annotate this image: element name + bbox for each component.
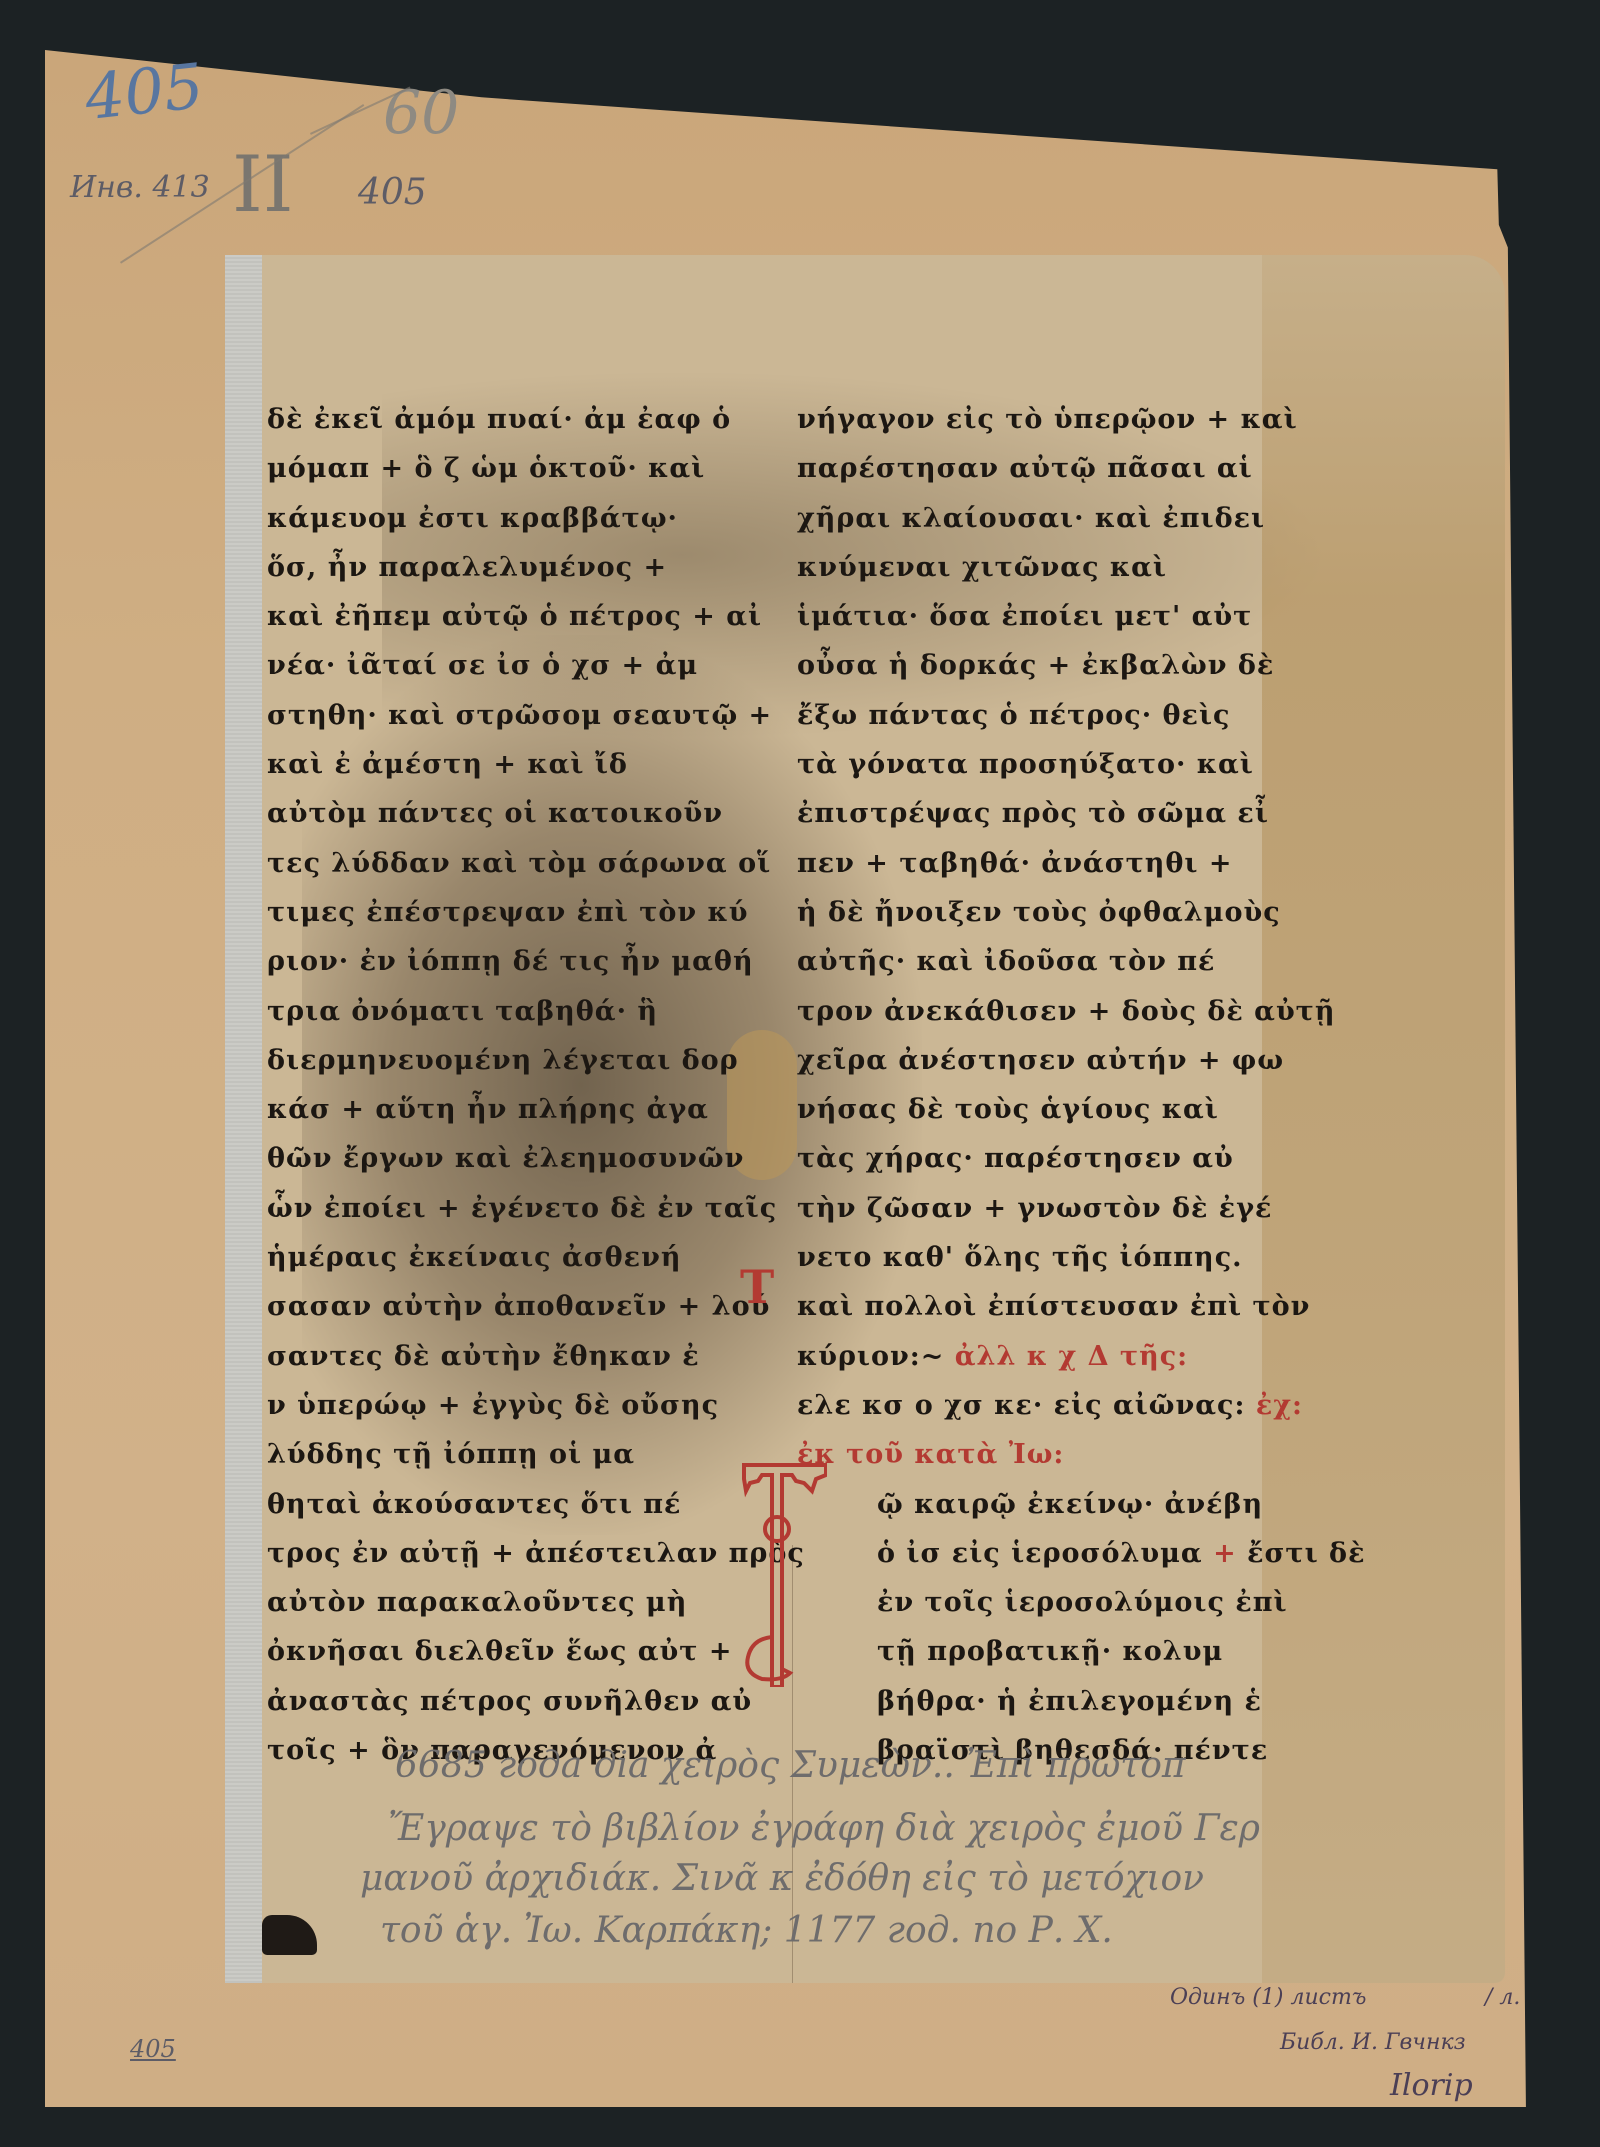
text-line: σαντες δὲ αὐτὴν ἔθηκαν ἐ [267, 1332, 787, 1381]
text-line: οὖσα ἡ δορκάς + ἐκβαλὼν δὲ [797, 641, 1317, 690]
text-line: ὅσ, ἦν παραλελυμένος + [267, 543, 787, 592]
text-line: δὲ ἐκεῖ ἀμόμ πυαί· ἀμ ἐαφ ὁ [267, 395, 787, 444]
text-line: νήγαγον εἰς τὸ ὑπερῷον + καὶ [797, 395, 1317, 444]
text-line: τὴν ζῶσαν + γνωστὸν δὲ ἐγέ [797, 1184, 1317, 1233]
text-line: τρια ὀνόματι ταβηθά· ἣ [267, 987, 787, 1036]
text-line: τρος ἐν αὐτῇ + ἀπέστειλαν πρὸς [267, 1529, 787, 1578]
text-line: ἐν τοῖς ἱεροσολύμοις ἐπὶ [797, 1578, 1317, 1627]
text-line: τῇ προβατικῇ· κολυμ [797, 1627, 1317, 1676]
text-line: νετο καθ' ὅλης τῆς ἰόππης. [797, 1233, 1317, 1282]
pencil-note-line: 6685 года дiа χειρὸς Συμεὼν.. Ἐπὶ πρωτοπ [395, 1745, 1186, 1786]
ink-smudge [262, 1915, 317, 1955]
text-line: χῆραι κλαίουσαι· καὶ ἐπιδει [797, 494, 1317, 543]
folio-number-pencil: 405 [358, 172, 427, 213]
manuscript-leaf: δὲ ἐκεῖ ἀμόμ πυαί· ἀμ ἐαφ ὁ μόμαπ + ὃ ζ … [262, 255, 1505, 1983]
text-line: τιμες ἐπέστρεψαν ἐπὶ τὸν κύ [267, 888, 787, 937]
pencil-note-line: τοῦ ἁγ. Ἰω. Καρπάκη; 1177 год. по Р. Х. [380, 1910, 1113, 1951]
text-line: καὶ ἐῆπεμ αὐτῷ ὁ πέτρος + αἰ [267, 592, 787, 641]
text-line: ἔξω πάντας ὁ πέτρος· θεὶς [797, 691, 1317, 740]
text-segment: ἔστι δὲ [1247, 1538, 1365, 1569]
decorated-initial-t [742, 1457, 827, 1687]
text-line: ν ὑπερώῳ + ἐγγὺς δὲ οὔσης [267, 1381, 787, 1430]
rubric-text: ἐχ: [1256, 1390, 1303, 1421]
inventory-number: Инв. 413 [70, 170, 210, 205]
folio-number-bottom: 405 [130, 2035, 176, 2063]
text-line: ὧν ἐποίει + ἐγένετο δὲ ἐν ταῖς [267, 1184, 787, 1233]
text-line: τὰ γόνατα προσηύξατο· καὶ [797, 740, 1317, 789]
rubric-cross: + [1213, 1538, 1237, 1569]
text-line: ἐπιστρέψας πρὸς τὸ σῶμα εἶ [797, 789, 1317, 838]
library-note: Библ. И. Гвчнкз [1280, 2030, 1466, 2055]
text-segment: ελε κσ ο χσ κε· εἰς αἰῶνας: [797, 1390, 1245, 1421]
rubric-heading: ἐκ τοῦ κατὰ Ἰω: [797, 1430, 1317, 1479]
pencil-note-line: μανοῦ ἀρχιδιάκ. Σινᾶ κ἖ ἐδόθη εἰς τὸ μετ… [360, 1858, 1204, 1899]
text-line: παρέστησαν αὐτῷ πᾶσαι αἱ [797, 444, 1317, 493]
text-line: νέα· ἰᾶταί σε ἰσ ὁ χσ + ἀμ [267, 641, 787, 690]
text-line: πεν + ταβηθά· ἀνάστηθι + [797, 839, 1317, 888]
text-line-with-rubric: ελε κσ ο χσ κε· εἰς αἰῶνας: ἐχ: [797, 1381, 1317, 1430]
text-column-left: δὲ ἐκεῖ ἀμόμ πυαί· ἀμ ἐαφ ὁ μόμαπ + ὃ ζ … [267, 395, 787, 1775]
sheet-count-mark: / л. [1485, 1985, 1520, 2010]
text-line-with-rubric: κύριον:~ ἀλλ κ χ Δ τῆς: [797, 1332, 1317, 1381]
text-line: τες λύδδαν καὶ τὸμ σάρωνα οἵ [267, 839, 787, 888]
sheet-count-note: Одинъ (1) листъ [1170, 1985, 1366, 2010]
text-line: θῶν ἔργων καὶ ἐλεημοσυνῶν [267, 1134, 787, 1183]
text-line: κάμευομ ἐστι κραββάτῳ· [267, 494, 787, 543]
text-line: αὐτῆς· καὶ ἰδοῦσα τὸν πέ [797, 937, 1317, 986]
text-line: τρον ἀνεκάθισεν + δοὺς δὲ αὐτῇ [797, 987, 1317, 1036]
rubric-initial-small: Τ [740, 1260, 774, 1314]
text-line: ἀναστὰς πέτρος συνῆλθεν αὐ [267, 1677, 787, 1726]
pencil-number-top: 60 [383, 78, 459, 148]
folio-number-blue: 405 [82, 49, 207, 134]
text-segment: κύριον:~ [797, 1341, 944, 1372]
text-line-with-rubric: ὁ ἰσ εἰς ἱεροσόλυμα + ἔστι δὲ [797, 1529, 1317, 1578]
text-column-right: νήγαγον εἰς τὸ ὑπερῷον + καὶ παρέστησαν … [797, 395, 1317, 1775]
text-segment: ὁ ἰσ εἰς ἱεροσόλυμα [877, 1538, 1203, 1569]
text-line: νήσας δὲ τοὺς ἁγίους καὶ [797, 1085, 1317, 1134]
text-line: θηταὶ ἀκούσαντες ὅτι πέ [267, 1480, 787, 1529]
text-line: ριον· ἐν ἰόππῃ δέ τις ἦν μαθή [267, 937, 787, 986]
signature: Ilorip [1390, 2068, 1473, 2103]
text-line: ὀκνῆσαι διελθεῖν ἕως αὐτ + [267, 1627, 787, 1676]
text-line: ἱμάτια· ὅσα ἐποίει μετ' αὐτ [797, 592, 1317, 641]
text-line: βήθρα· ἡ ἐπιλεγομένη ἑ [797, 1677, 1317, 1726]
text-line: λύδδης τῇ ἰόππῃ οἱ μα [267, 1430, 787, 1479]
text-line: αὐτὸν παρακαλοῦντες μὴ [267, 1578, 787, 1627]
binding-tape [225, 255, 263, 1983]
text-line: στηθη· καὶ στρῶσομ σεαυτῷ + [267, 691, 787, 740]
text-line: διερμηνευομένη λέγεται δορ [267, 1036, 787, 1085]
text-line: μόμαπ + ὃ ζ ὡμ ὁκτοῦ· καὶ [267, 444, 787, 493]
text-line: ἡ δὲ ἤνοιξεν τοὺς ὀφθαλμοὺς [797, 888, 1317, 937]
pencil-note-line: Ἔγραψε τὸ βιβλίον ἐγράφη διὰ χειρὸς ἐμοῦ… [388, 1808, 1260, 1849]
text-line: κάσ + αὕτη ἦν πλήρης ἀγα [267, 1085, 787, 1134]
text-line: ἡμέραις ἐκείναις ἀσθενή [267, 1233, 787, 1282]
text-line: σασαν αὐτὴν ἀποθανεῖν + λού [267, 1282, 787, 1331]
text-line: χεῖρα ἀνέστησεν αὐτήν + φω [797, 1036, 1317, 1085]
text-line: αὐτὸμ πάντες οἱ κατοικοῦν [267, 789, 787, 838]
text-line: τὰς χήρας· παρέστησεν αὐ [797, 1134, 1317, 1183]
rubric-text: ἀλλ κ χ Δ τῆς: [955, 1341, 1188, 1372]
text-line: κνύμεναι χιτῶνας καὶ [797, 543, 1317, 592]
text-line: καὶ ἐ ἀμέστη + καὶ ἴδ [267, 740, 787, 789]
text-line: καὶ πολλοὶ ἐπίστευσαν ἐπὶ τὸν [797, 1282, 1317, 1331]
text-line: ῷ καιρῷ ἐκείνῳ· ἀνέβη [797, 1480, 1317, 1529]
